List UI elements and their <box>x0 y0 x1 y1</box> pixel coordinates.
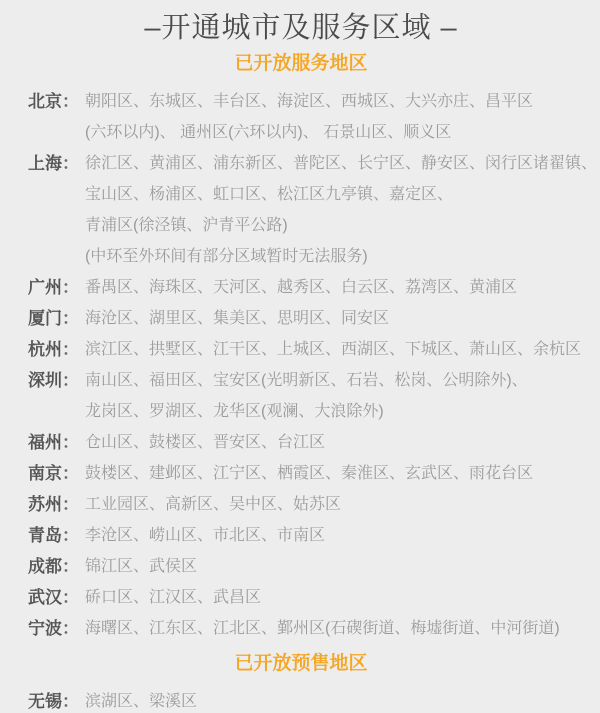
presale-section-heading: 已开放预售地区 <box>28 652 574 676</box>
city-colon: ： <box>62 433 79 452</box>
district-line: 工业园区、高新区、吴中区、姑苏区 <box>85 489 574 520</box>
page-title: –开通城市及服务区域 – <box>28 8 574 48</box>
district-line: 番禺区、海珠区、天河区、越秀区、白云区、荔湾区、黄浦区 <box>85 272 574 303</box>
city-row-shanghai: 上海： 徐汇区、黄浦区、浦东新区、普陀区、长宁区、静安区、闵行区诸翟镇、 宝山区… <box>28 148 574 272</box>
city-label: 苏州： <box>28 489 85 520</box>
city-name: 杭州 <box>28 340 62 359</box>
city-name: 武汉 <box>28 588 62 607</box>
city-label: 深圳： <box>28 365 85 396</box>
city-colon: ： <box>62 154 79 173</box>
city-colon: ： <box>62 619 79 638</box>
district-line: 青浦区(徐泾镇、沪青平公路) <box>85 210 574 241</box>
district-line: 海沧区、湖里区、集美区、思明区、同安区 <box>85 303 574 334</box>
district-list: 仓山区、鼓楼区、晋安区、台江区 <box>85 427 574 458</box>
city-label: 无锡： <box>28 686 85 713</box>
city-label: 宁波： <box>28 613 85 644</box>
city-label: 杭州： <box>28 334 85 365</box>
city-row-xiamen: 厦门： 海沧区、湖里区、集美区、思明区、同安区 <box>28 303 574 334</box>
district-line: 鼓楼区、建邺区、江宁区、栖霞区、秦淮区、玄武区、雨花台区 <box>85 458 574 489</box>
city-label: 北京： <box>28 86 85 117</box>
city-name: 苏州 <box>28 495 62 514</box>
city-colon: ： <box>62 278 79 297</box>
district-list: 工业园区、高新区、吴中区、姑苏区 <box>85 489 574 520</box>
city-name: 深圳 <box>28 371 62 390</box>
city-label: 厦门： <box>28 303 85 334</box>
city-name: 南京 <box>28 464 62 483</box>
district-list: 李沧区、崂山区、市北区、市南区 <box>85 520 574 551</box>
city-name: 上海 <box>28 154 62 173</box>
district-list: 徐汇区、黄浦区、浦东新区、普陀区、长宁区、静安区、闵行区诸翟镇、 宝山区、杨浦区… <box>85 148 574 272</box>
service-area-list: 北京： 朝阳区、东城区、丰台区、海淀区、西城区、大兴亦庄、昌平区 (六环以内)、… <box>28 86 574 644</box>
city-label: 南京： <box>28 458 85 489</box>
city-row-wuhan: 武汉： 硚口区、江汉区、武昌区 <box>28 582 574 613</box>
city-row-fuzhou: 福州： 仓山区、鼓楼区、晋安区、台江区 <box>28 427 574 458</box>
district-list: 滨湖区、梁溪区 <box>85 686 574 713</box>
city-row-ningbo: 宁波： 海曙区、江东区、江北区、鄞州区(石碶街道、梅墟街道、中河街道) <box>28 613 574 644</box>
city-row-chengdu: 成都： 锦江区、武侯区 <box>28 551 574 582</box>
service-area-page: –开通城市及服务区域 – 已开放服务地区 北京： 朝阳区、东城区、丰台区、海淀区… <box>0 0 600 713</box>
city-name: 成都 <box>28 557 62 576</box>
district-line: 李沧区、崂山区、市北区、市南区 <box>85 520 574 551</box>
city-row-nanjing: 南京： 鼓楼区、建邺区、江宁区、栖霞区、秦淮区、玄武区、雨花台区 <box>28 458 574 489</box>
city-colon: ： <box>62 588 79 607</box>
district-list: 海沧区、湖里区、集美区、思明区、同安区 <box>85 303 574 334</box>
city-colon: ： <box>62 340 79 359</box>
city-name: 广州 <box>28 278 62 297</box>
city-label: 成都： <box>28 551 85 582</box>
service-section-heading: 已开放服务地区 <box>28 52 574 76</box>
city-colon: ： <box>62 495 79 514</box>
city-name: 无锡 <box>28 692 62 711</box>
district-line: 仓山区、鼓楼区、晋安区、台江区 <box>85 427 574 458</box>
district-line: 南山区、福田区、宝安区(光明新区、石岩、松岗、公明除外)、 <box>85 365 574 396</box>
district-line: 滨湖区、梁溪区 <box>85 686 574 713</box>
city-name: 北京 <box>28 92 62 111</box>
city-row-guangzhou: 广州： 番禺区、海珠区、天河区、越秀区、白云区、荔湾区、黄浦区 <box>28 272 574 303</box>
district-list: 南山区、福田区、宝安区(光明新区、石岩、松岗、公明除外)、 龙岗区、罗湖区、龙华… <box>85 365 574 427</box>
district-list: 锦江区、武侯区 <box>85 551 574 582</box>
district-line: 朝阳区、东城区、丰台区、海淀区、西城区、大兴亦庄、昌平区 <box>85 86 574 117</box>
presale-area-list: 无锡： 滨湖区、梁溪区 <box>28 686 574 713</box>
district-line: (中环至外环间有部分区域暂时无法服务) <box>85 241 574 272</box>
city-label: 青岛： <box>28 520 85 551</box>
district-line: 宝山区、杨浦区、虹口区、松江区九亭镇、嘉定区、 <box>85 179 574 210</box>
city-label: 上海： <box>28 148 85 179</box>
district-list: 滨江区、拱墅区、江干区、上城区、西湖区、下城区、萧山区、余杭区 <box>85 334 574 365</box>
district-line: 硚口区、江汉区、武昌区 <box>85 582 574 613</box>
district-list: 鼓楼区、建邺区、江宁区、栖霞区、秦淮区、玄武区、雨花台区 <box>85 458 574 489</box>
city-colon: ： <box>62 557 79 576</box>
city-label: 武汉： <box>28 582 85 613</box>
district-line: 徐汇区、黄浦区、浦东新区、普陀区、长宁区、静安区、闵行区诸翟镇、 <box>85 148 574 179</box>
district-line: 龙岗区、罗湖区、龙华区(观澜、大浪除外) <box>85 396 574 427</box>
city-row-beijing: 北京： 朝阳区、东城区、丰台区、海淀区、西城区、大兴亦庄、昌平区 (六环以内)、… <box>28 86 574 148</box>
district-line: 锦江区、武侯区 <box>85 551 574 582</box>
district-list: 硚口区、江汉区、武昌区 <box>85 582 574 613</box>
city-name: 福州 <box>28 433 62 452</box>
city-colon: ： <box>62 371 79 390</box>
city-colon: ： <box>62 92 79 111</box>
city-label: 福州： <box>28 427 85 458</box>
city-label: 广州： <box>28 272 85 303</box>
city-colon: ： <box>62 464 79 483</box>
city-row-hangzhou: 杭州： 滨江区、拱墅区、江干区、上城区、西湖区、下城区、萧山区、余杭区 <box>28 334 574 365</box>
city-colon: ： <box>62 692 79 711</box>
district-line: (六环以内)、 通州区(六环以内)、 石景山区、顺义区 <box>85 117 574 148</box>
district-list: 海曙区、江东区、江北区、鄞州区(石碶街道、梅墟街道、中河街道) <box>85 613 574 644</box>
city-row-qingdao: 青岛： 李沧区、崂山区、市北区、市南区 <box>28 520 574 551</box>
district-list: 朝阳区、东城区、丰台区、海淀区、西城区、大兴亦庄、昌平区 (六环以内)、 通州区… <box>85 86 574 148</box>
city-name: 宁波 <box>28 619 62 638</box>
city-name: 厦门 <box>28 309 62 328</box>
district-line: 海曙区、江东区、江北区、鄞州区(石碶街道、梅墟街道、中河街道) <box>85 613 574 644</box>
city-name: 青岛 <box>28 526 62 545</box>
district-line: 滨江区、拱墅区、江干区、上城区、西湖区、下城区、萧山区、余杭区 <box>85 334 574 365</box>
city-colon: ： <box>62 526 79 545</box>
city-row-shenzhen: 深圳： 南山区、福田区、宝安区(光明新区、石岩、松岗、公明除外)、 龙岗区、罗湖… <box>28 365 574 427</box>
city-row-suzhou: 苏州： 工业园区、高新区、吴中区、姑苏区 <box>28 489 574 520</box>
city-row-wuxi: 无锡： 滨湖区、梁溪区 <box>28 686 574 713</box>
district-list: 番禺区、海珠区、天河区、越秀区、白云区、荔湾区、黄浦区 <box>85 272 574 303</box>
city-colon: ： <box>62 309 79 328</box>
